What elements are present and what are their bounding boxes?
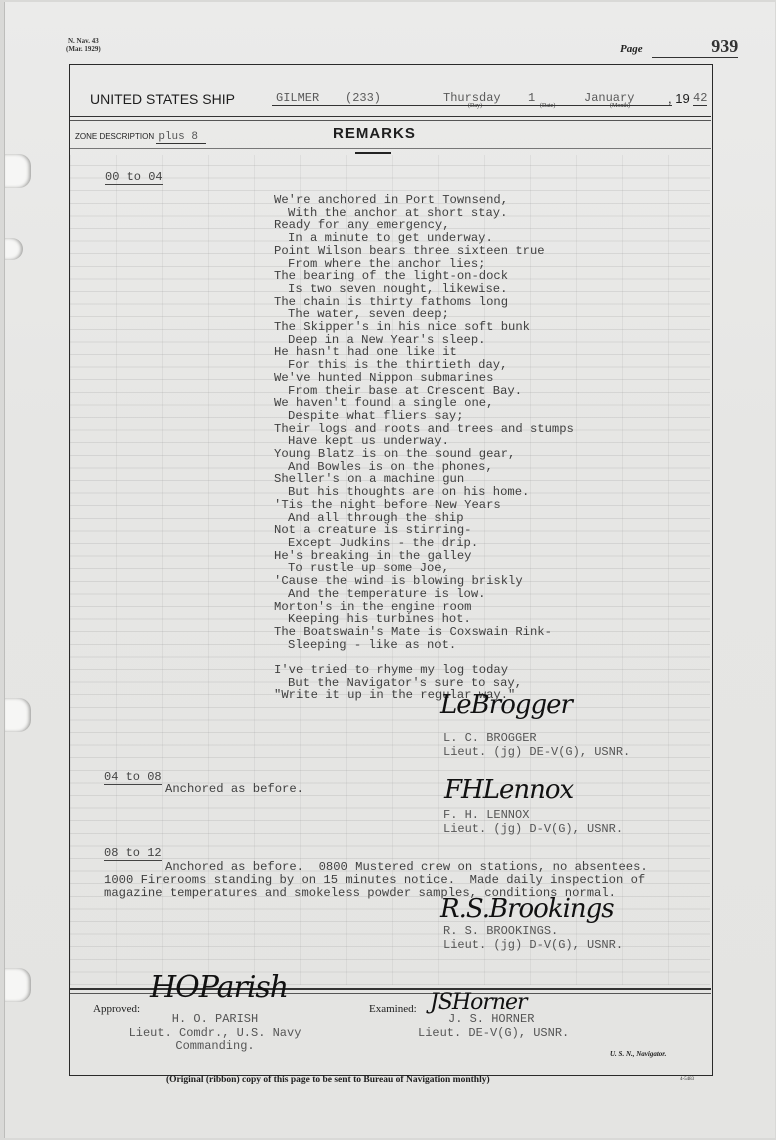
poem-line: 'Tis the night before New Years xyxy=(274,499,574,512)
watch-period-08-12: 08 to 12 xyxy=(104,847,162,861)
page-number-block: Page 939 xyxy=(620,36,738,58)
poem-line: Sleeping - like as not. xyxy=(274,639,574,652)
poem-line: The Boatswain's Mate is Coxswain Rink- xyxy=(274,626,574,639)
watch-period-04-08: 04 to 08 xyxy=(104,771,162,785)
poem-line: 'Cause the wind is blowing briskly xyxy=(274,575,574,588)
header-rule xyxy=(70,116,711,121)
signer-name: F. H. LENNOX xyxy=(443,809,623,823)
watch-entry-line: Anchored as before. 0800 Mustered crew o… xyxy=(165,860,648,874)
poem-line: And the temperature is low. xyxy=(274,588,574,601)
poem-line: We're anchored in Port Townsend, xyxy=(274,194,574,207)
zone-value: plus 8 xyxy=(156,131,206,144)
month-caption: (Month) xyxy=(610,103,630,109)
signer-block-lennox: F. H. LENNOXLieut. (jg) D-V(G), USNR. xyxy=(443,809,623,836)
poem-line: But his thoughts are on his home. xyxy=(274,486,574,499)
signer-rank: Lieut. (jg) D-V(G), USNR. xyxy=(443,939,623,953)
year-value: 42 xyxy=(693,91,707,106)
poem-line: Except Judkins - the drip. xyxy=(274,537,574,550)
footer-note: (Original (ribbon) copy of this page to … xyxy=(166,1075,490,1085)
poem-line: Despite what fliers say; xyxy=(274,410,574,423)
binder-tab xyxy=(5,698,31,732)
watch-period-00-04: 00 to 04 xyxy=(105,171,163,185)
signer-block-brookings: R. S. BROOKINGS.Lieut. (jg) D-V(G), USNR… xyxy=(443,925,623,952)
zone-description: ZONE DESCRIPTION plus 8 xyxy=(75,131,206,143)
examiner-block: J. S. HORNERLieut. DE-V(G), USNR. xyxy=(418,1013,569,1040)
ship-label: UNITED STATES SHIP xyxy=(90,91,235,107)
zone-label: ZONE DESCRIPTION xyxy=(75,132,154,141)
poem-line: Point Wilson bears three sixteen true xyxy=(274,245,574,258)
poem-line: The Skipper's in his nice soft bunk xyxy=(274,321,574,334)
signature-parish: HOParish xyxy=(150,970,288,1005)
year-prefix: , 19 xyxy=(668,91,690,106)
poem-line: In a minute to get underway. xyxy=(274,232,574,245)
form-identifier: N. Nav. 43 (Mar. 1929) xyxy=(66,37,101,53)
remarks-underline xyxy=(355,152,391,154)
watch-entry-line: 1000 Firerooms standing by on 15 minutes… xyxy=(104,873,645,887)
ship-name-line xyxy=(272,105,442,106)
poem-line: Young Blatz is on the sound gear, xyxy=(274,448,574,461)
ship-name: GILMER xyxy=(276,91,319,105)
watch-entry-04-08: Anchored as before. xyxy=(165,782,304,796)
page-number: 939 xyxy=(652,36,738,58)
binder-tab xyxy=(5,968,31,1002)
form-date: (Mar. 1929) xyxy=(66,45,101,53)
form-number: N. Nav. 43 xyxy=(66,37,101,45)
signature-brogger: LeBrogger xyxy=(440,690,572,720)
binder-hole xyxy=(5,238,23,260)
signer-rank: Lieut. (jg) DE-V(G), USNR. xyxy=(443,746,630,760)
approver-name: H. O. PARISH xyxy=(120,1013,310,1027)
examiner-rank: Lieut. DE-V(G), USNR. xyxy=(418,1027,569,1041)
footer-code: 4-5483 xyxy=(680,1077,694,1082)
signer-name: R. S. BROOKINGS. xyxy=(443,925,623,939)
signature-lennox: FHLennox xyxy=(444,775,573,805)
poem-line: I've tried to rhyme my log today xyxy=(274,664,574,677)
approver-rank: Lieut. Comdr., U.S. Navy xyxy=(120,1027,310,1041)
zone-rule xyxy=(70,148,711,149)
examined-label: Examined: xyxy=(369,1003,417,1015)
poem-line: Keeping his turbines hot. xyxy=(274,613,574,626)
navigator-caption: U. S. N., Navigator. xyxy=(610,1050,666,1058)
signer-rank: Lieut. (jg) D-V(G), USNR. xyxy=(443,823,623,837)
date-caption: (Date) xyxy=(540,103,555,109)
signature-brookings: R.S.Brookings xyxy=(440,894,614,924)
signer-block-brogger: L. C. BROGGERLieut. (jg) DE-V(G), USNR. xyxy=(443,732,630,759)
examiner-name: J. S. HORNER xyxy=(418,1013,569,1027)
poem-line: For this is the thirtieth day, xyxy=(274,359,574,372)
watch-poem: We're anchored in Port Townsend,With the… xyxy=(274,194,574,702)
signer-name: L. C. BROGGER xyxy=(443,732,630,746)
poem-line: Is two seven nought, likewise. xyxy=(274,283,574,296)
approver-role: Commanding. xyxy=(120,1040,310,1054)
day-caption: (Day) xyxy=(468,103,482,109)
date-value: 1 xyxy=(528,91,535,105)
approver-block: H. O. PARISHLieut. Comdr., U.S. NavyComm… xyxy=(120,1013,310,1054)
poem-line: We've hunted Nippon submarines xyxy=(274,372,574,385)
hull-number: (233) xyxy=(345,91,381,105)
binder-tab xyxy=(5,154,31,188)
page-label: Page xyxy=(620,43,643,55)
remarks-title: REMARKS xyxy=(333,125,416,142)
